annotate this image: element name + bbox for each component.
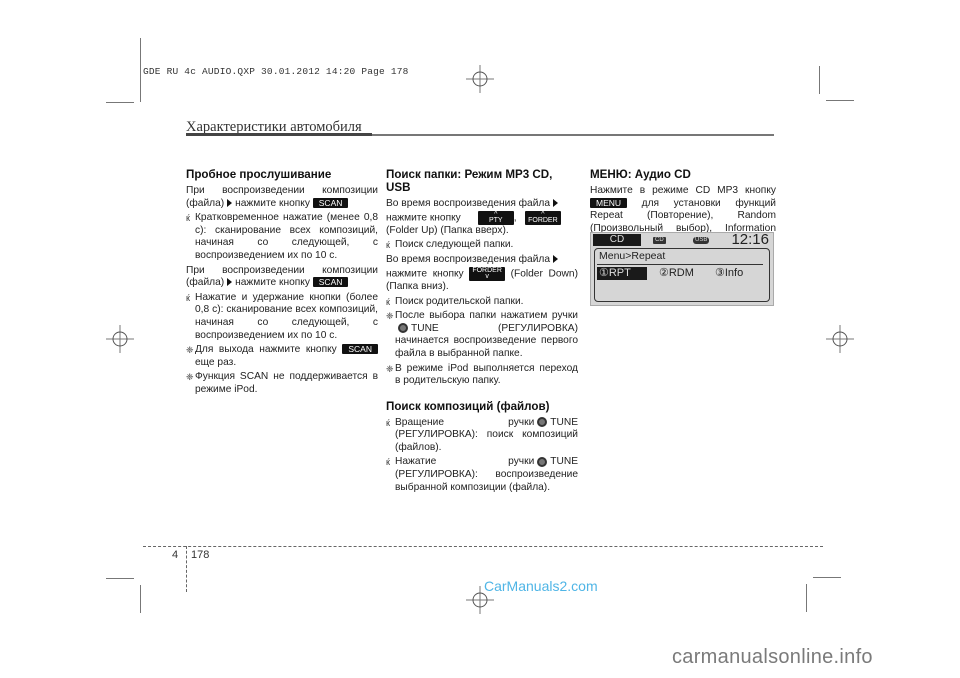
list-item: ќВращение ручкиTUNE (РЕГУЛИРОВКА): поиск… (386, 417, 578, 455)
cd-icon: CD (653, 237, 666, 244)
text: Кратковременное нажатие (менее 0,8 с): с… (195, 212, 378, 262)
paragraph: Во время воспроизведения файланажмите кн… (386, 254, 578, 293)
column-left: Пробное прослушивание При воспроизведени… (186, 168, 378, 399)
bullet-marker: ќ (386, 296, 395, 309)
note-item: ❈В режиме iPod выполняется переход в род… (386, 363, 578, 388)
usb-icon: USB (693, 237, 709, 244)
list-item: ќПоиск следующей папки. (386, 239, 578, 252)
play-arrow-icon (553, 199, 558, 207)
column-middle: Поиск папки: Режим MP3 CD, USB Во время … (386, 168, 578, 496)
folder-up-button: ^FORDER (525, 211, 561, 225)
tune-knob-icon (537, 457, 547, 467)
registration-mark-icon (106, 325, 134, 353)
header-rule (186, 133, 372, 136)
note-item: ❈Для выхода нажмите кнопку SCAN еще раз. (186, 344, 378, 369)
text: еще раз. (195, 357, 236, 368)
text: нажмите кнопку (235, 277, 310, 288)
crop-mark (140, 38, 141, 102)
text: Нажатие ручки (395, 456, 534, 467)
button-label: PTY (489, 217, 503, 224)
play-arrow-icon (227, 199, 232, 207)
crop-mark (140, 585, 141, 613)
bullet-marker: ќ (386, 417, 395, 455)
text: нажмите кнопку (386, 212, 461, 223)
text: После выбора папки нажатием ручки (395, 310, 578, 321)
play-arrow-icon (227, 278, 232, 286)
section-number: 4 (172, 549, 178, 561)
text: Для выхода нажмите кнопку (195, 344, 337, 355)
heading-folder-search: Поиск папки: Режим MP3 CD, USB (386, 168, 578, 194)
heading-track-search: Поиск композиций (файлов) (386, 400, 578, 413)
list-item: ќКратковременное нажатие (менее 0,8 с): … (186, 212, 378, 262)
text: нажмите кнопку (235, 198, 310, 209)
registration-mark-icon (466, 65, 494, 93)
registration-mark-icon (826, 325, 854, 353)
note-item: ❈После выбора папки нажатием ручкиTUNE (… (386, 310, 578, 360)
text: Поиск следующей папки. (395, 239, 578, 252)
text: Во время воспроизведения файла (386, 254, 550, 265)
bullet-marker: ќ (186, 212, 195, 262)
note-marker: ❈ (186, 344, 195, 369)
crop-mark (826, 100, 854, 101)
list-item: ќНажатие ручкиTUNE (РЕГУЛИРОВКА): воспро… (386, 456, 578, 494)
crop-mark (819, 66, 820, 94)
crop-mark (106, 578, 134, 579)
lcd-option-rdm: ②RDM (659, 267, 694, 280)
note-marker: ❈ (186, 371, 195, 396)
down-arrow-icon: v (485, 273, 489, 280)
text: В режиме iPod выполняется переход в роди… (395, 363, 578, 388)
lcd-menu-frame: Menu>Repeat ①RPT ②RDM ③Info (594, 248, 770, 302)
paragraph: При воспроизведении композиции (файла)на… (186, 185, 378, 210)
header-rule (372, 134, 774, 136)
paragraph: При воспроизведении композиции (файла)на… (186, 265, 378, 290)
play-arrow-icon (553, 255, 558, 263)
divider (597, 264, 763, 265)
scan-button: SCAN (313, 277, 349, 287)
tune-knob-icon (537, 417, 547, 427)
pty-button: ^PTY (478, 211, 514, 225)
bullet-marker: ќ (186, 292, 195, 342)
lcd-option-rpt: ①RPT (597, 267, 647, 280)
page-number: 178 (191, 549, 209, 561)
heading-scan: Пробное прослушивание (186, 168, 378, 181)
lcd-status-bar: CD CD USB 12:16 (591, 233, 773, 247)
note-marker: ❈ (386, 363, 395, 388)
text: Вращение ручки (395, 417, 534, 428)
text: (Folder Up) (Папка вверх). (386, 225, 509, 236)
bullet-marker: ќ (386, 239, 395, 252)
footer-divider (186, 546, 187, 592)
menu-button: MENU (590, 198, 627, 208)
list-item: ќПоиск родительской папки. (386, 296, 578, 309)
lcd-clock: 12:16 (731, 232, 769, 247)
lcd-option-info: ③Info (715, 267, 743, 280)
button-label: FORDER (528, 217, 558, 224)
watermark-text: carmanualsonline.info (672, 646, 873, 669)
text: TUNE (РЕГУЛИРОВКА) начинается воспроизве… (395, 323, 578, 359)
note-marker: ❈ (386, 310, 395, 360)
list-item: ќНажатие и удержание кнопки (более 0,8 с… (186, 292, 378, 342)
watermark-link[interactable]: CarManuals2.com (484, 578, 598, 594)
folder-down-button: FORDERv (469, 267, 505, 281)
text: Нажатие и удержание кнопки (более 0,8 с)… (195, 292, 378, 342)
text: Функция SCAN не поддерживается в режиме … (195, 371, 378, 396)
text: нажмите кнопку (386, 268, 464, 279)
scan-button: SCAN (342, 344, 378, 354)
footer-rule (143, 546, 823, 547)
text: Поиск родительской папки. (395, 296, 578, 309)
tune-knob-icon (398, 323, 408, 333)
crop-mark (806, 584, 807, 612)
scan-button: SCAN (313, 198, 349, 208)
lcd-mode: CD (593, 234, 641, 246)
text: Во время воспроизведения файла (386, 198, 550, 209)
heading-menu-audio-cd: МЕНЮ: Аудио CD (590, 168, 776, 181)
paragraph: Во время воспроизведения файланажмите кн… (386, 198, 578, 237)
crop-mark (106, 102, 134, 103)
lcd-display: CD CD USB 12:16 Menu>Repeat ①RPT ②RDM ③I… (590, 232, 774, 306)
crop-mark (813, 577, 841, 578)
lcd-breadcrumb: Menu>Repeat (599, 250, 665, 262)
print-slug: GDE RU 4c AUDIO.QXP 30.01.2012 14:20 Pag… (143, 66, 409, 77)
text: Нажмите в режиме CD MP3 кнопку (590, 185, 776, 196)
bullet-marker: ќ (386, 456, 395, 494)
note-item: ❈Функция SCAN не поддерживается в режиме… (186, 371, 378, 396)
